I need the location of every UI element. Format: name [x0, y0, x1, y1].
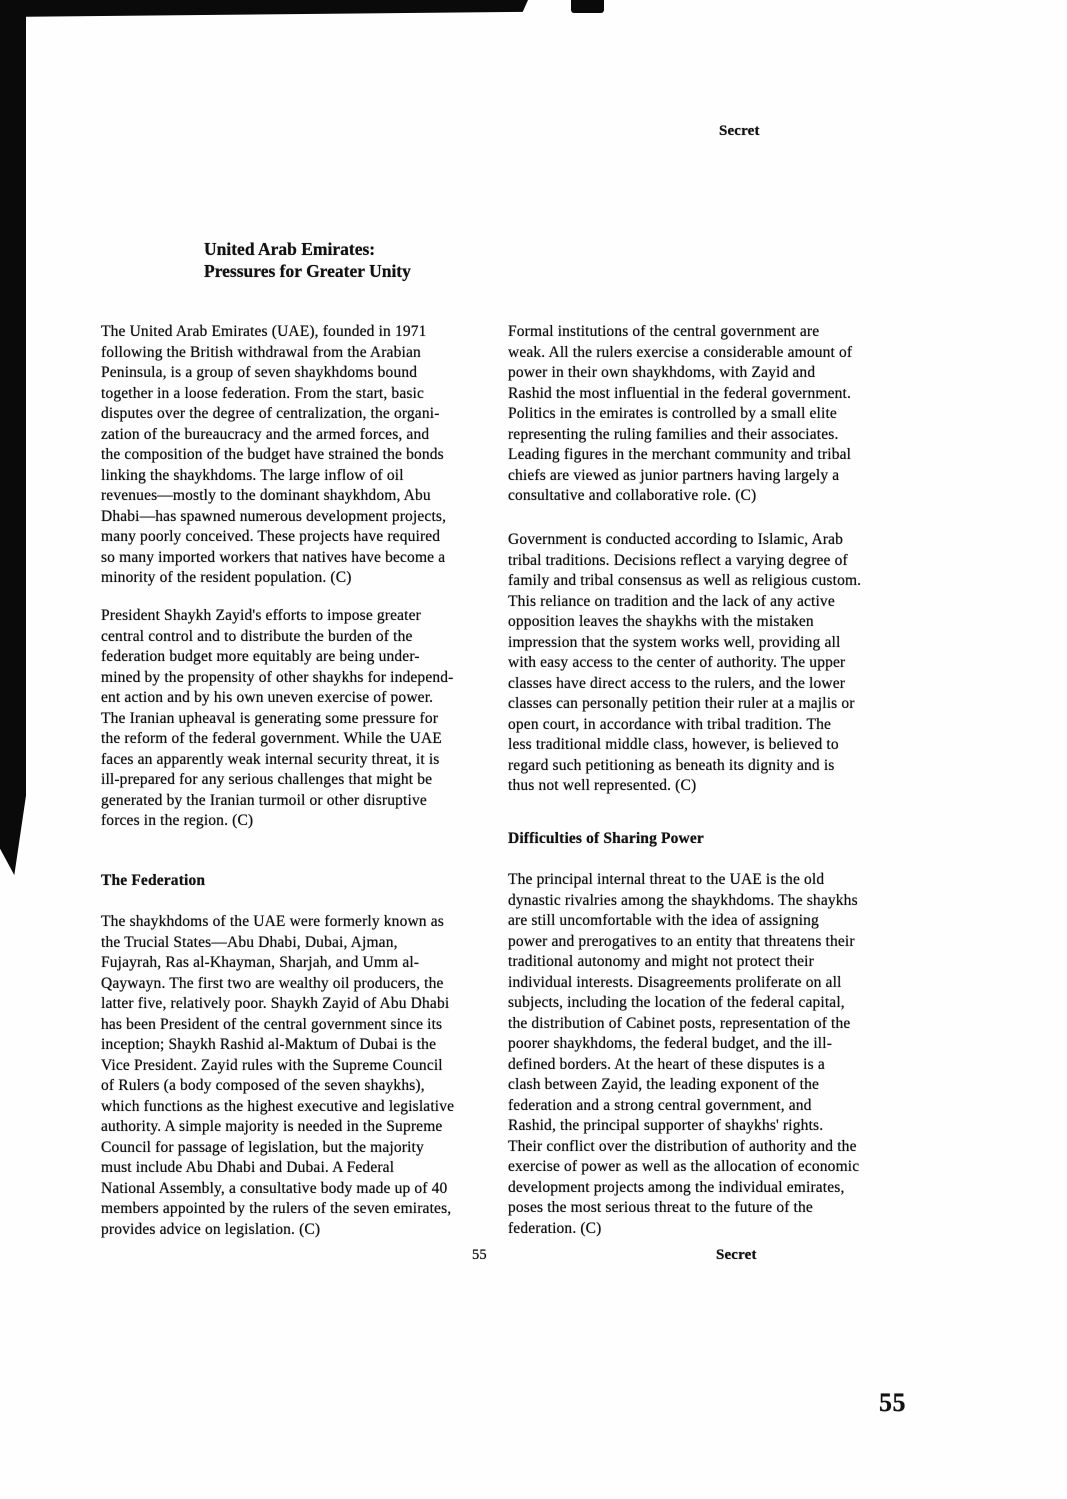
right-column-paragraph-3: The principal internal threat to the UAE…	[508, 870, 908, 1239]
section-heading-difficulties-of-sharing-power: Difficulties of Sharing Power	[508, 829, 908, 850]
right-column-paragraph-2: Government is conducted according to Isl…	[508, 530, 908, 797]
document-page: Secret United Arab Emirates: Pressures f…	[0, 0, 1067, 1499]
section-heading-the-federation: The Federation	[101, 871, 489, 892]
left-column-paragraph-1: The United Arab Emirates (UAE), founded …	[101, 322, 489, 589]
page-number-footer: 55	[472, 1245, 487, 1266]
page-number-corner: 55	[879, 1393, 906, 1414]
classification-banner-bottom: Secret	[716, 1245, 757, 1266]
left-column-paragraph-3: The shaykhdoms of the UAE were formerly …	[101, 912, 489, 1240]
scan-artifact-top-edge	[0, 0, 528, 17]
scan-artifact-left-edge	[0, 0, 26, 884]
document-title: United Arab Emirates: Pressures for Grea…	[204, 238, 411, 282]
classification-banner-top: Secret	[719, 121, 760, 142]
left-column-paragraph-2: President Shaykh Zayid's efforts to impo…	[101, 606, 489, 832]
scan-artifact-top-blob	[571, 0, 604, 13]
right-column-paragraph-1: Formal institutions of the central gover…	[508, 322, 908, 507]
